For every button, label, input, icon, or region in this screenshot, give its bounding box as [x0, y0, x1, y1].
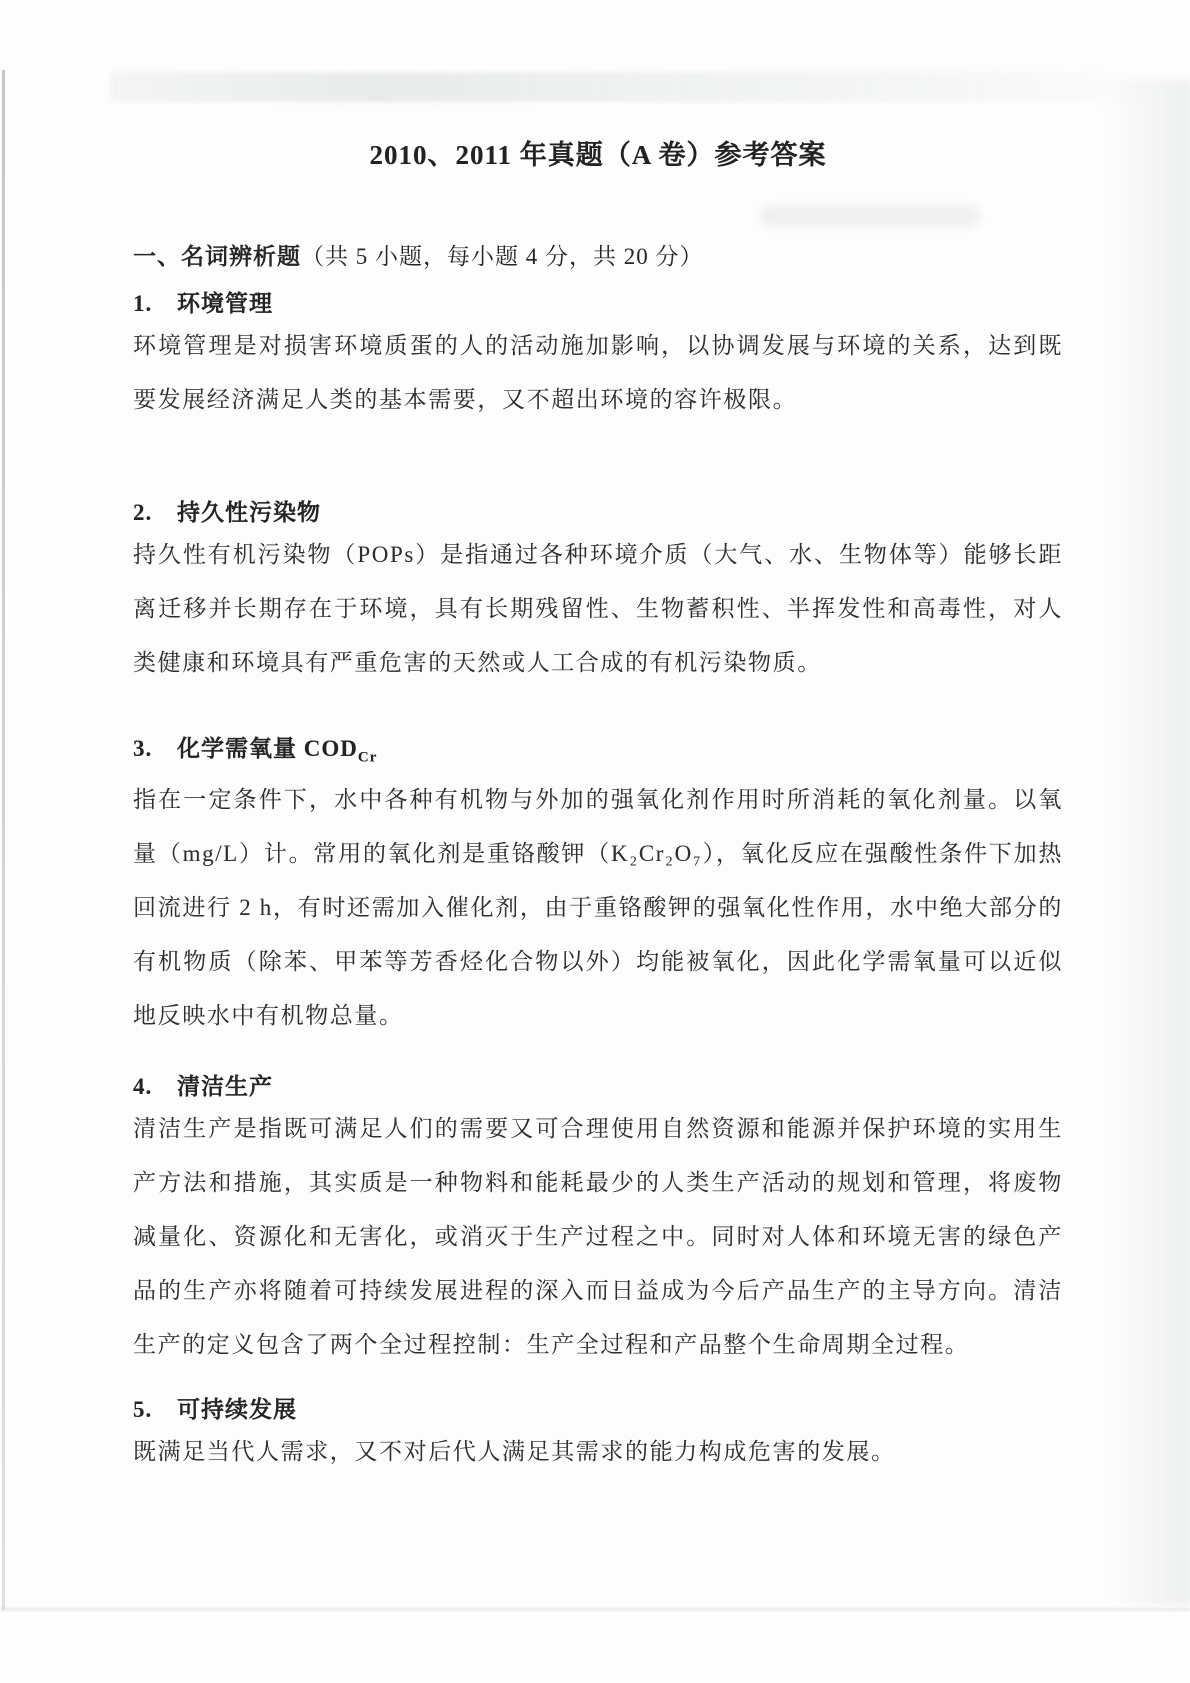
- term-item-3-body: 指在一定条件下，水中各种有机物与外加的强氧化剂作用时所消耗的氧化剂量。以氧量（m…: [133, 773, 1063, 1043]
- item-title: 化学需氧量 COD: [177, 736, 358, 761]
- item-title-subscript: Cr: [358, 750, 378, 766]
- item-number: 5.: [133, 1397, 177, 1423]
- term-item-3-heading: 3.化学需氧量 CODCr: [133, 736, 1063, 771]
- scan-artifact-left-edge-line: [2, 70, 5, 1610]
- item-number: 3.: [133, 736, 177, 762]
- term-item-5-body: 既满足当代人需求，又不对后代人满足其需求的能力构成危害的发展。: [133, 1425, 1063, 1479]
- section-heading: 一、名词辨析题（共 5 小题，每小题 4 分，共 20 分）: [133, 243, 1063, 271]
- scan-artifact-bottom-edge: [0, 1608, 1190, 1611]
- scanned-document-page: 2010、2011 年真题（A 卷）参考答案 一、名词辨析题（共 5 小题，每小…: [0, 0, 1190, 1683]
- item-title: 环境管理: [177, 291, 273, 316]
- item-title: 持久性污染物: [177, 500, 321, 525]
- term-item-4-heading: 4.清洁生产: [133, 1074, 1063, 1100]
- term-item-2-heading: 2.持久性污染物: [133, 500, 1063, 526]
- term-item-2-body: 持久性有机污染物（POPs）是指通过各种环境介质（大气、水、生物体等）能够长距离…: [133, 528, 1063, 690]
- section-heading-note: （共 5 小题，每小题 4 分，共 20 分）: [301, 244, 704, 269]
- term-item-2: 2.持久性污染物 持久性有机污染物（POPs）是指通过各种环境介质（大气、水、生…: [133, 500, 1063, 690]
- term-item-4-body: 清洁生产是指既可满足人们的需要又可合理使用自然资源和能源并保护环境的实用生产方法…: [133, 1102, 1063, 1372]
- document-content: 2010、2011 年真题（A 卷）参考答案 一、名词辨析题（共 5 小题，每小…: [133, 0, 1063, 1479]
- section-heading-label: 一、名词辨析题: [133, 244, 301, 269]
- term-item-1-heading: 1.环境管理: [133, 291, 1063, 317]
- scan-artifact-right-band: [1105, 80, 1190, 1605]
- item-number: 2.: [133, 500, 177, 526]
- term-item-4: 4.清洁生产 清洁生产是指既可满足人们的需要又可合理使用自然资源和能源并保护环境…: [133, 1074, 1063, 1372]
- term-item-5-heading: 5.可持续发展: [133, 1397, 1063, 1423]
- item-number: 4.: [133, 1074, 177, 1100]
- term-item-1: 1.环境管理 环境管理是对损害环境质蛋的人的活动施加影响，以协调发展与环境的关系…: [133, 291, 1063, 427]
- term-item-5: 5.可持续发展 既满足当代人需求，又不对后代人满足其需求的能力构成危害的发展。: [133, 1397, 1063, 1479]
- item-number: 1.: [133, 291, 177, 317]
- item-title: 清洁生产: [177, 1074, 273, 1099]
- page-title: 2010、2011 年真题（A 卷）参考答案: [133, 140, 1063, 170]
- term-item-3: 3.化学需氧量 CODCr 指在一定条件下，水中各种有机物与外加的强氧化剂作用时…: [133, 736, 1063, 1043]
- term-item-1-body: 环境管理是对损害环境质蛋的人的活动施加影响，以协调发展与环境的关系，达到既要发展…: [133, 319, 1063, 427]
- item-title: 可持续发展: [177, 1397, 297, 1422]
